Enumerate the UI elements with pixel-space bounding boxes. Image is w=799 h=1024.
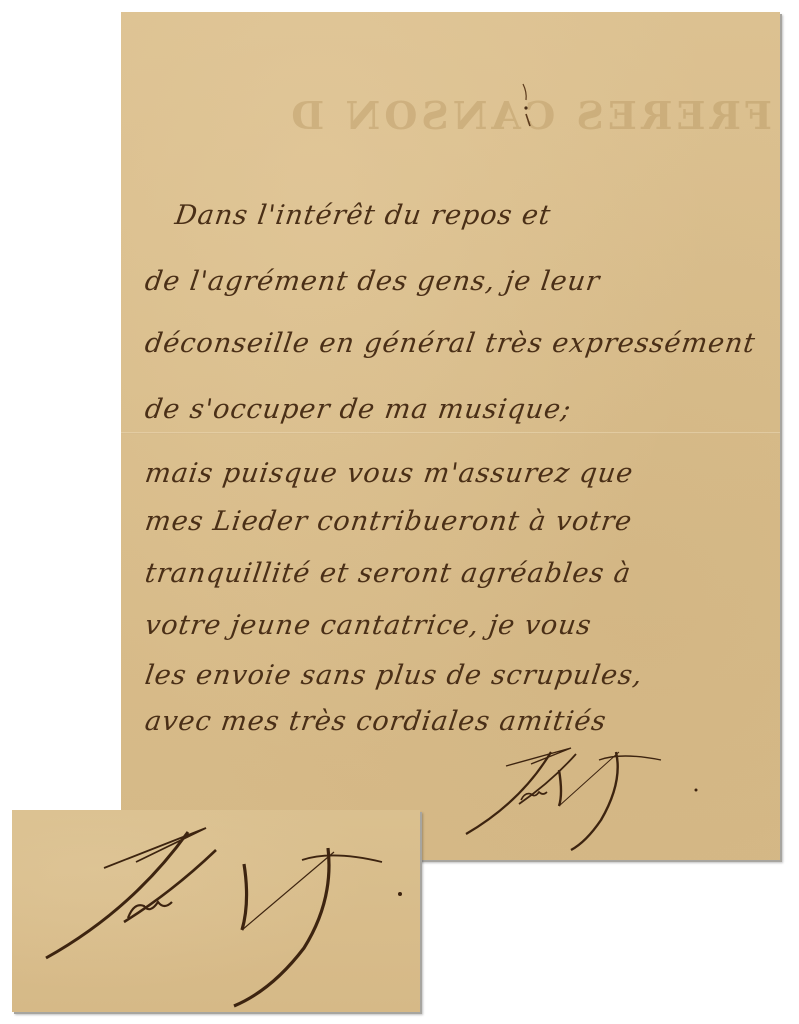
- letter-line-9: les envoie sans plus de scrupules,: [143, 660, 645, 691]
- ink-mark: [521, 82, 533, 137]
- letter-line-7: tranquillité et seront agréables à: [143, 558, 633, 589]
- letter-line-1: Dans l'intérêt du repos et: [173, 200, 553, 231]
- signature-inset-card: FLiszt: [12, 810, 420, 1012]
- signature-inset-enlarged: FLiszt: [12, 810, 420, 1012]
- signature-flizst: FLiszt: [451, 742, 711, 862]
- letter-line-10: avec mes très cordiales amitiés: [143, 706, 609, 737]
- letter-line-2: de l'agrément des gens, je leur: [143, 266, 602, 297]
- letter-line-8: votre jeune cantatrice, je vous: [143, 610, 594, 641]
- letter-line-5: mais puisque vous m'assurez que: [143, 458, 635, 489]
- paper-fold-line: [121, 432, 780, 434]
- letter-line-3: déconseille en général très expressément: [143, 328, 758, 359]
- letter-sheet: FRERES CANSON D Dans l'intérêt du repos …: [121, 12, 780, 860]
- letter-line-6: mes Lieder contribueront à votre: [143, 506, 634, 537]
- paper-watermark: FRERES CANSON D: [121, 90, 780, 140]
- letter-line-4: de s'occuper de ma musique;: [143, 394, 573, 425]
